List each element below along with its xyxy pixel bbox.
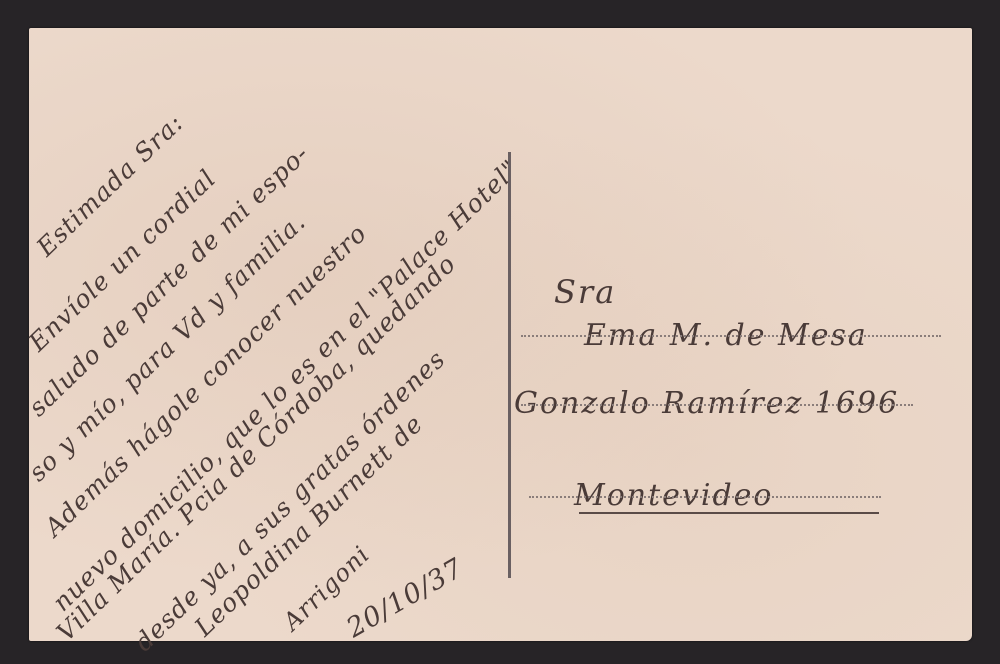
address-line-1 [521, 335, 941, 337]
address-line-2 [521, 404, 913, 406]
vertical-divider [508, 152, 511, 578]
city-underline [579, 512, 879, 514]
address-line-3 [529, 496, 881, 498]
message-line-1: Estimada Sra: [31, 108, 189, 262]
address-salutation: Sra [554, 273, 616, 311]
postcard-back: Estimada Sra: Envíole un cordial saludo … [29, 28, 972, 641]
